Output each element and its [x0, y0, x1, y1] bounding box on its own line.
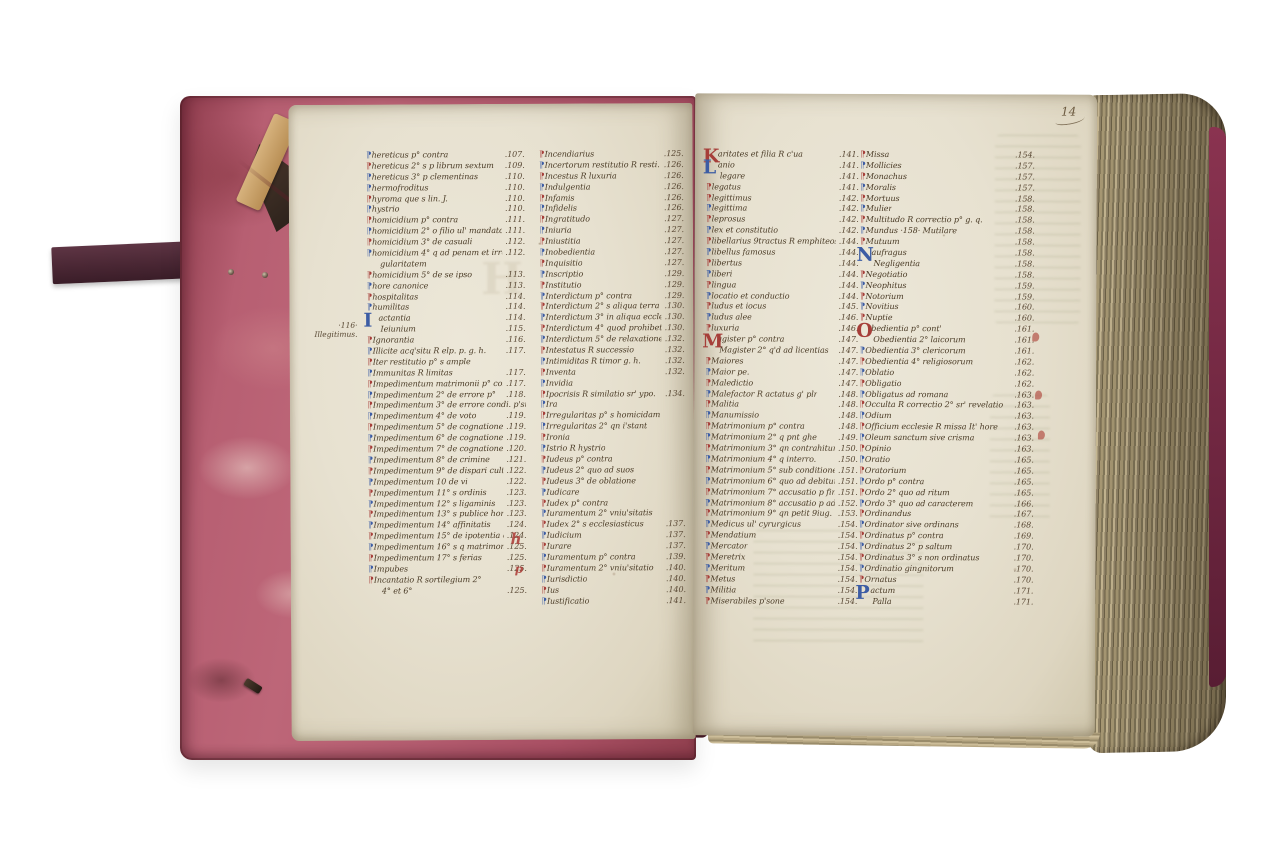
entry-page-number: .151. [835, 487, 858, 498]
paraph-mark-icon: ¶ [856, 357, 865, 368]
entry-text: Incertorum restitutio R resti. [545, 160, 660, 171]
entry-text: Novitius [865, 302, 898, 313]
index-entry: ¶Maior pe..147. [702, 367, 858, 378]
left-page: H ·116· Illegitimus. ¶hereticus p° contr… [288, 103, 695, 741]
entry-page-number: .147. [835, 378, 858, 389]
entry-text: Iustificatio [547, 596, 589, 607]
entry-page-number: .122. [503, 477, 526, 488]
entry-page-number: .161. [1011, 325, 1034, 336]
index-entry: ¶Ordinatus 3° s non ordinatus.170. [855, 553, 1033, 565]
index-entry: ¶Iudex 2° s ecclesiasticus.137. [538, 519, 686, 531]
entry-text: Notorium [865, 291, 903, 302]
paraph-mark-icon: ¶ [364, 401, 373, 412]
paraph-mark-icon: ¶ [856, 477, 865, 488]
entry-page-number: .141. [836, 150, 859, 161]
paraph-mark-icon: ¶ [856, 498, 865, 509]
entry-page-number: .111. [502, 215, 525, 226]
index-entry: ¶Mundus ·158· Mutilare.158. [857, 226, 1035, 238]
entry-text: Mortuus [866, 193, 900, 204]
index-entry: Obedientia p° cont'.161. [856, 324, 1034, 336]
entry-text: Iuramentum 2° vniu'sitatio [547, 563, 654, 574]
paraph-mark-icon: ¶ [363, 227, 372, 238]
index-entry: ¶Iurisdictio.140. [538, 574, 686, 586]
folio-number: 14 [1061, 105, 1076, 119]
index-entry: ¶Metus.154. [701, 574, 857, 585]
paraph-mark-icon: ¶ [703, 182, 712, 193]
entry-page-number: .160. [1011, 314, 1034, 325]
paraph-mark-icon: ¶ [703, 193, 712, 204]
entry-page-number: .110. [502, 204, 525, 215]
right-page: 14 Karitates et filia R c'ua.141.Lanio.1… [693, 93, 1097, 736]
clasp-nail [262, 272, 268, 278]
entry-page-number: .159. [1012, 292, 1035, 303]
index-entry: Pactum.171. [855, 585, 1033, 597]
entry-text: Matrimonium 6° quo ad debitum [711, 476, 835, 487]
entry-text: Iudex p° contra [546, 498, 608, 509]
entry-page-number: .154. [1012, 150, 1035, 161]
index-entry: ¶Ordinatus 2° p saltum.170. [856, 542, 1034, 554]
entry-text: Matrimonium 5° sub conditione [711, 465, 835, 476]
index-entry: ¶hermofroditus.110. [363, 182, 525, 194]
paraph-mark-icon: ¶ [364, 477, 373, 488]
entry-text: Missa [866, 150, 889, 161]
index-entry: Karitates et filia R c'ua.141. [703, 149, 859, 160]
entry-page-number: .146. [835, 324, 858, 335]
paraph-mark-icon: ¶ [538, 564, 547, 575]
index-entry: ¶Impedimentum 17° s ferias.125. [365, 553, 527, 565]
paraph-mark-icon: ¶ [536, 182, 545, 193]
paraph-mark-icon: ¶ [536, 237, 545, 248]
entry-page-number: .127. [661, 214, 684, 225]
index-entry: ¶humilitas.114. [363, 302, 525, 314]
paraph-mark-icon: ¶ [701, 585, 710, 596]
index-entry: ¶Impedimentum 7° de cognatione legali.12… [364, 444, 526, 456]
entry-page-number: .142. [836, 226, 859, 237]
entry-text: Mercator [711, 541, 748, 552]
index-entry: ¶Matrimonium 8° accusatio p additionem.1… [702, 498, 858, 509]
paraph-mark-icon: ¶ [856, 281, 865, 292]
entry-text: Manumissio [711, 411, 759, 422]
paraph-mark-icon: ¶ [364, 412, 373, 423]
entry-page-number: .148. [835, 411, 858, 422]
entry-page-number: .125. [504, 564, 527, 575]
entry-page-number: .127. [661, 236, 684, 247]
index-entry: ¶legittima.142. [703, 204, 859, 215]
paraph-mark-icon: ¶ [856, 542, 865, 553]
entry-text: Officium ecclesie R missa It' hore [865, 422, 998, 433]
entry-text: homicidium 2° o filio ul' mandato [372, 226, 502, 237]
paraph-mark-icon: ¶ [702, 367, 711, 378]
entry-page-number: .171. [1011, 586, 1034, 597]
paraph-mark-icon: ¶ [537, 422, 546, 433]
index-entry: ¶Interdictum p° contra.129. [536, 291, 684, 303]
index-entry: ¶Mulier.158. [857, 204, 1035, 216]
index-entry: ¶Militia.154. [701, 585, 857, 596]
entry-page-number: .165. [1011, 488, 1034, 499]
entry-page-number: .141. [663, 596, 686, 607]
index-entry: gularitatem [363, 259, 525, 271]
entry-page-number: .158. [1012, 238, 1035, 249]
index-entry: ¶Infidelis.126. [536, 203, 684, 215]
entry-page-number: .140. [663, 563, 686, 574]
entry-text: locatio et conductio [711, 291, 789, 302]
paraph-mark-icon: ¶ [702, 443, 711, 454]
index-entry: Magister 2° q'd ad licentias.147. [702, 345, 858, 356]
back-cover-edge [1209, 127, 1226, 687]
index-entry: ¶Monachus.157. [857, 172, 1035, 184]
entry-page-number: .126. [661, 160, 684, 171]
paraph-mark-icon: ¶ [364, 499, 373, 510]
paraph-mark-icon: ¶ [537, 411, 546, 422]
index-entry: ¶Ordinator sive ordinans.168. [856, 520, 1034, 532]
entry-text: Indulgentia [545, 182, 591, 193]
index-entry: ¶Ironia [537, 432, 685, 444]
index-entry: ¶Ordinatio gingnitorum.170. [855, 564, 1033, 576]
paraph-mark-icon: ¶ [363, 270, 372, 281]
paraph-mark-icon: ¶ [856, 379, 865, 390]
entry-text: Inscriptio [545, 269, 583, 280]
index-entry: ¶Oleum sanctum sive crisma.163. [856, 433, 1034, 445]
entry-page-number: .150. [835, 455, 858, 466]
index-entry: ¶Iudex p° contra [537, 497, 685, 509]
index-entry: ¶Novitius.160. [856, 302, 1034, 314]
entry-page-number: .114. [502, 291, 525, 302]
entry-page-number: .154. [835, 520, 858, 531]
index-entry: ¶Iudicare [537, 487, 685, 499]
entry-text: Oratio [865, 455, 890, 466]
entry-page-number: .109. [502, 161, 525, 172]
index-entry: ¶Istrio R hystrio [537, 443, 685, 455]
entry-page-number: .142. [836, 193, 859, 204]
entry-page-number: .154. [834, 596, 857, 607]
paraph-mark-icon: ¶ [856, 444, 865, 455]
paraph-mark-icon: ¶ [364, 368, 373, 379]
entry-page-number: .148. [835, 400, 858, 411]
index-entry: ¶hereticus 3° p clementinas.110. [363, 172, 525, 184]
entry-text: Impedimentum matrimonii p° contra [373, 379, 503, 390]
entry-text: Ipocrisis R similatio sr' ypo. [546, 389, 656, 400]
entry-page-number: .139. [663, 552, 686, 563]
paraph-mark-icon: ¶ [856, 487, 865, 498]
paraph-mark-icon: ¶ [364, 347, 373, 358]
paraph-mark-icon: ¶ [538, 542, 547, 553]
index-entry: ¶legatus.141. [703, 182, 859, 193]
entry-text: Inobedientia [545, 247, 595, 258]
paraph-mark-icon: ¶ [856, 422, 865, 433]
entry-page-number: .154. [835, 585, 858, 596]
entry-page-number: .132. [662, 367, 685, 378]
entry-page-number: .154. [835, 542, 858, 553]
entry-page-number: .149. [835, 433, 858, 444]
entry-text: hereticus 2° s p librum sextum [372, 161, 494, 172]
entry-text: Mundus ·158· Mutilare [866, 226, 957, 237]
entry-page-number: .130. [662, 323, 685, 334]
entry-text: Matrimonium 4° q interro. [711, 454, 816, 465]
paraph-mark-icon: ¶ [363, 162, 372, 173]
index-entry: legare.141. [703, 171, 859, 182]
entry-text: Mollicies [866, 161, 902, 172]
paraph-mark-icon: ¶ [364, 434, 373, 445]
entry-page-number: .170. [1011, 575, 1034, 586]
index-entry: ¶Meritum.154. [701, 563, 857, 574]
entry-text: Ira [546, 400, 558, 411]
index-entry: Lanio.141. [703, 160, 859, 171]
index-entry: ¶Ira [537, 399, 685, 411]
paraph-mark-icon: ¶ [363, 172, 372, 183]
index-entry: ¶Indulgentia.126. [536, 182, 684, 194]
paraph-mark-icon: ¶ [703, 247, 712, 258]
index-entry: ¶homicidium p° contra.111. [363, 215, 525, 227]
entry-text: Interdictum 4° quod prohibetur [545, 323, 661, 334]
entry-text: liberi [711, 269, 732, 280]
paraph-mark-icon: ¶ [537, 378, 546, 389]
index-entry: ¶Notorium.159. [856, 291, 1034, 303]
index-entry: ¶Ius.140. [538, 585, 686, 597]
paraph-mark-icon: ¶ [702, 378, 711, 389]
page-edges-stack [1088, 93, 1226, 753]
index-entry: ¶Malitia.148. [702, 400, 858, 411]
entry-page-number: .137. [663, 541, 686, 552]
index-entry: 4° et 6°.125. [365, 585, 527, 597]
entry-page-number: .148. [835, 389, 858, 400]
index-entry: ¶Interdictum 5° de relaxatione.132. [537, 334, 685, 346]
entry-page-number: .147. [835, 335, 858, 346]
index-entry: ¶Intimiditas R timor g. h..132. [537, 356, 685, 368]
entry-text: Impedimentum 17° s ferias [374, 553, 482, 564]
index-entry: ¶Iniustitia.127. [536, 236, 684, 248]
index-entry: ¶Impubes.125. [365, 564, 527, 576]
paraph-mark-icon: ¶ [537, 487, 546, 498]
red-paraph-showthrough [1035, 390, 1042, 399]
index-entry: ¶Impedimentum 8° de crimine.121. [364, 455, 526, 467]
entry-text: Mendatium [711, 531, 757, 542]
entry-text: Multitudo R correctio p° g. q. [866, 215, 983, 226]
entry-page-number: .163. [1011, 401, 1034, 412]
entry-text: Malitia [711, 400, 739, 411]
entry-text: hermofroditus [372, 183, 429, 194]
paraph-mark-icon: ¶ [538, 553, 547, 564]
paraph-mark-icon: ¶ [538, 585, 547, 596]
entry-text: Impedimentum 7° de cognatione legali [373, 444, 503, 455]
paraph-mark-icon: ¶ [857, 215, 866, 226]
clasp-remnant [243, 678, 263, 694]
entry-text: libellus famosus [712, 247, 776, 258]
index-entry: ¶hospitalitas.114. [363, 291, 525, 303]
index-entry: ¶Matrimonium 4° q interro..150. [702, 454, 858, 465]
paraph-mark-icon: ¶ [363, 216, 372, 227]
entry-text: legittima [712, 204, 747, 215]
entry-page-number: .134. [662, 389, 685, 400]
entry-text: Obedientia 3° clericorum [865, 346, 965, 357]
index-entry: ¶lex et constitutio.142. [703, 226, 859, 237]
paraph-mark-icon: ¶ [702, 498, 711, 509]
paraph-mark-icon: ¶ [701, 574, 710, 585]
entry-text: aritates et filia R c'ua [718, 149, 803, 160]
entry-page-number: .117. [503, 379, 526, 390]
entry-text: Oratorium [865, 466, 906, 477]
index-entry: ¶libellus famosus.144. [703, 247, 859, 258]
entry-page-number: .154. [835, 564, 858, 575]
entry-text: homicidium 3° de casuali [372, 237, 472, 248]
paraph-mark-icon: ¶ [536, 280, 545, 291]
entry-text: homicidium p° contra [372, 216, 458, 227]
entry-page-number: .142. [836, 215, 859, 226]
paraph-mark-icon: ¶ [702, 487, 711, 498]
paraph-mark-icon: ¶ [364, 423, 373, 434]
entry-text: Iurare [547, 542, 572, 553]
entry-text: hereticus p° contra [372, 150, 449, 161]
entry-text: Negligentia [874, 259, 920, 270]
left-page-column-2: ¶Incendiarius.125.¶Incertorum restitutio… [536, 149, 686, 620]
paraph-mark-icon: ¶ [536, 161, 545, 172]
paraph-mark-icon: ¶ [703, 236, 712, 247]
entry-page-number: .153. [835, 509, 858, 520]
entry-page-number: .163. [1011, 412, 1034, 423]
paraph-mark-icon: ¶ [702, 291, 711, 302]
paraph-mark-icon: ¶ [537, 466, 546, 477]
entry-text: Monachus [866, 172, 907, 183]
index-entry: ¶Matrimonium 2° q pnt ghe.149. [702, 432, 858, 443]
index-entry: Palla.171. [855, 596, 1033, 608]
index-entry: ¶Matrimonium 5° sub conditione.151. [702, 465, 858, 476]
index-entry: ¶hystrio.110. [363, 204, 525, 216]
index-entry: Negligentia.158. [857, 259, 1035, 271]
entry-text: Impedimentum 11° s ordinis [373, 488, 486, 499]
entry-page-number: .125. [504, 585, 527, 596]
entry-page-number: .158. [1012, 248, 1035, 259]
red-paraph-showthrough [1038, 430, 1045, 439]
index-entry: ¶Odium.163. [856, 411, 1034, 423]
entry-page-number: .165. [1011, 455, 1034, 466]
entry-page-number: .110. [502, 193, 525, 204]
entry-page-number: .154. [835, 531, 858, 542]
index-entry: ¶ludus alee.146. [702, 313, 858, 324]
entry-page-number: .144. [836, 259, 859, 270]
paraph-mark-icon: ¶ [702, 302, 711, 313]
right-page-column-1: Karitates et filia R c'ua.141.Lanio.141.… [701, 149, 859, 616]
index-entry: ¶Obedientia 3° clericorum.161. [856, 346, 1034, 358]
paraph-mark-icon: ¶ [856, 291, 865, 302]
index-entry: ¶Mercator.154. [702, 541, 858, 552]
entry-page-number: .119. [503, 411, 526, 422]
paraph-mark-icon: ¶ [536, 172, 545, 183]
entry-page-number: .162. [1011, 379, 1034, 390]
entry-page-number: .154. [835, 575, 858, 586]
entry-page-number: .126. [661, 203, 684, 214]
entry-page-number: .132. [662, 345, 685, 356]
index-entry: ¶Interdictum 4° quod prohibetur.130. [536, 323, 684, 335]
index-entry: ¶Iudeus 3° de oblatione [537, 476, 685, 488]
entry-text: homicidium 5° de se ipso [372, 270, 472, 281]
paraph-mark-icon: ¶ [364, 358, 373, 369]
entry-page-number: .170. [1011, 564, 1034, 575]
entry-page-number: .126. [661, 171, 684, 182]
paraph-mark-icon: ¶ [856, 466, 865, 477]
entry-text: aufragus [872, 248, 907, 259]
entry-page-number: .119. [503, 422, 526, 433]
index-entry: ¶Impedimentum 4° de voto.119. [364, 411, 526, 423]
paraph-mark-icon: ¶ [856, 531, 865, 542]
index-entry: ¶Ingratitudo.127. [536, 214, 684, 226]
entry-text: Palla [872, 596, 891, 607]
paraph-mark-icon: ¶ [702, 389, 711, 400]
paraph-mark-icon: ¶ [536, 204, 545, 215]
index-entry: ¶Inventa.132. [537, 367, 685, 379]
entry-text: Impubes [374, 564, 408, 575]
entry-text: Maledictio [711, 378, 753, 389]
paraph-mark-icon: ¶ [856, 346, 865, 357]
index-entry: ¶Obligatio.162. [856, 379, 1034, 391]
paraph-mark-icon: ¶ [702, 476, 711, 487]
entry-page-number: .157. [1012, 183, 1035, 194]
paraph-mark-icon: ¶ [857, 161, 866, 172]
entry-page-number: .168. [1011, 521, 1034, 532]
entry-page-number: .157. [1012, 161, 1035, 172]
paraph-mark-icon: ¶ [364, 336, 373, 347]
entry-page-number: .170. [1011, 542, 1034, 553]
index-entry: ¶Ordinandus.167. [856, 509, 1034, 521]
paraph-mark-icon: ¶ [365, 532, 374, 543]
paraph-mark-icon: ¶ [537, 476, 546, 487]
paraph-mark-icon: ¶ [702, 432, 711, 443]
index-entry: ¶Nuptie.160. [856, 313, 1034, 325]
margin-note: ·116· Illegitimus. [291, 321, 357, 339]
paraph-mark-icon: ¶ [536, 302, 545, 313]
index-entry: ¶Impedimentum 9° de dispari cultu.122. [364, 466, 526, 478]
index-entry: ¶Meretrix.154. [701, 552, 857, 563]
index-entry: ¶Intestatus R successio.132. [537, 345, 685, 357]
index-entry: ¶Iudeus 2° quo ad suos [537, 465, 685, 477]
entry-text: hyroma que s lin. J. [372, 194, 448, 205]
index-entry: ¶Ignorantia.116. [364, 335, 526, 347]
entry-text: Ordo 3° quo ad caracterem [865, 498, 974, 509]
entry-text: Negotiatio [865, 270, 907, 281]
entry-text: lex et constitutio [712, 226, 778, 237]
index-entry: ¶Manumissio.148. [702, 411, 858, 422]
left-page-column-1: ¶hereticus p° contra.107.¶hereticus 2° s… [363, 150, 527, 611]
entry-page-number: .160. [1011, 303, 1034, 314]
entry-text: Iudex 2° s ecclesiasticus [547, 519, 644, 530]
entry-text: Irregularitas p° s homicidam [546, 410, 660, 421]
paraph-mark-icon: ¶ [702, 422, 711, 433]
index-entry: ¶Interdictum 3° in aliqua ecclesia.130. [536, 312, 684, 324]
paraph-mark-icon: ¶ [538, 574, 547, 585]
entry-page-number: .110. [502, 172, 525, 183]
paraph-mark-icon: ¶ [536, 193, 545, 204]
paraph-mark-icon: ¶ [536, 270, 545, 281]
entry-page-number: .163. [1011, 423, 1034, 434]
paraph-mark-icon: ¶ [363, 183, 372, 194]
entry-page-number: .123. [504, 498, 527, 509]
entry-text: Interdictum p° contra [545, 291, 632, 302]
entry-page-number: .158. [1012, 205, 1035, 216]
paraph-mark-icon: ¶ [701, 552, 710, 563]
entry-page-number: .158. [1012, 270, 1035, 281]
entry-text: Iniuria [545, 226, 572, 237]
entry-text: leprosus [712, 215, 746, 226]
paraph-mark-icon: ¶ [364, 445, 373, 456]
paraph-mark-icon: ¶ [702, 530, 711, 541]
entry-text: Iudicare [546, 487, 579, 498]
entry-text: Iurisdictio [547, 574, 588, 585]
entry-page-number: .129. [661, 269, 684, 280]
entry-text: 4° et 6° [382, 586, 412, 597]
entry-text: Illicite acq'situ R elp. p. g. h. [373, 346, 486, 357]
entry-text: Incestus R luxuria [545, 171, 617, 182]
index-entry: ¶Impedimentum 10 de vi.122. [364, 477, 526, 489]
paraph-mark-icon: ¶ [538, 531, 547, 542]
entry-page-number: .130. [662, 301, 685, 312]
